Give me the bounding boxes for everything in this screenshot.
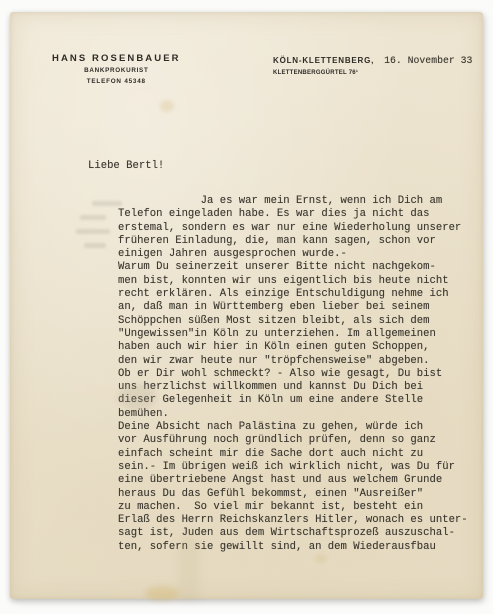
- letter-body: Ja es war mein Ernst, wenn ich Dich am T…: [118, 195, 472, 554]
- letter-page: HANS ROSENBAUER BANKPROKURIST TELEFON 45…: [10, 12, 483, 599]
- sender-city: KÖLN-KLETTENBERG,: [273, 56, 374, 65]
- letterhead-sender-block: HANS ROSENBAUER BANKPROKURIST TELEFON 45…: [52, 53, 181, 85]
- sender-street: KLETTENBERGGÜRTEL 76¹: [273, 70, 472, 76]
- sender-title: BANKPROKURIST: [52, 67, 181, 74]
- sender-name: HANS ROSENBAUER: [52, 53, 181, 64]
- salutation: Liebe Bertl!: [88, 160, 164, 172]
- paper-stain: [145, 586, 179, 601]
- paper-stain: [315, 554, 327, 563]
- paper-stain: [160, 100, 174, 112]
- ink-bleedthrough-mark: [84, 243, 106, 248]
- letter-date: 16. November 33: [384, 55, 472, 66]
- letterhead-address-block: KÖLN-KLETTENBERG, 16. November 33 KLETTE…: [273, 55, 472, 76]
- ink-bleedthrough-mark: [80, 215, 106, 220]
- ink-bleedthrough-mark: [76, 229, 110, 234]
- city-date-line: KÖLN-KLETTENBERG, 16. November 33: [273, 55, 472, 66]
- sender-phone: TELEFON 45348: [52, 78, 181, 85]
